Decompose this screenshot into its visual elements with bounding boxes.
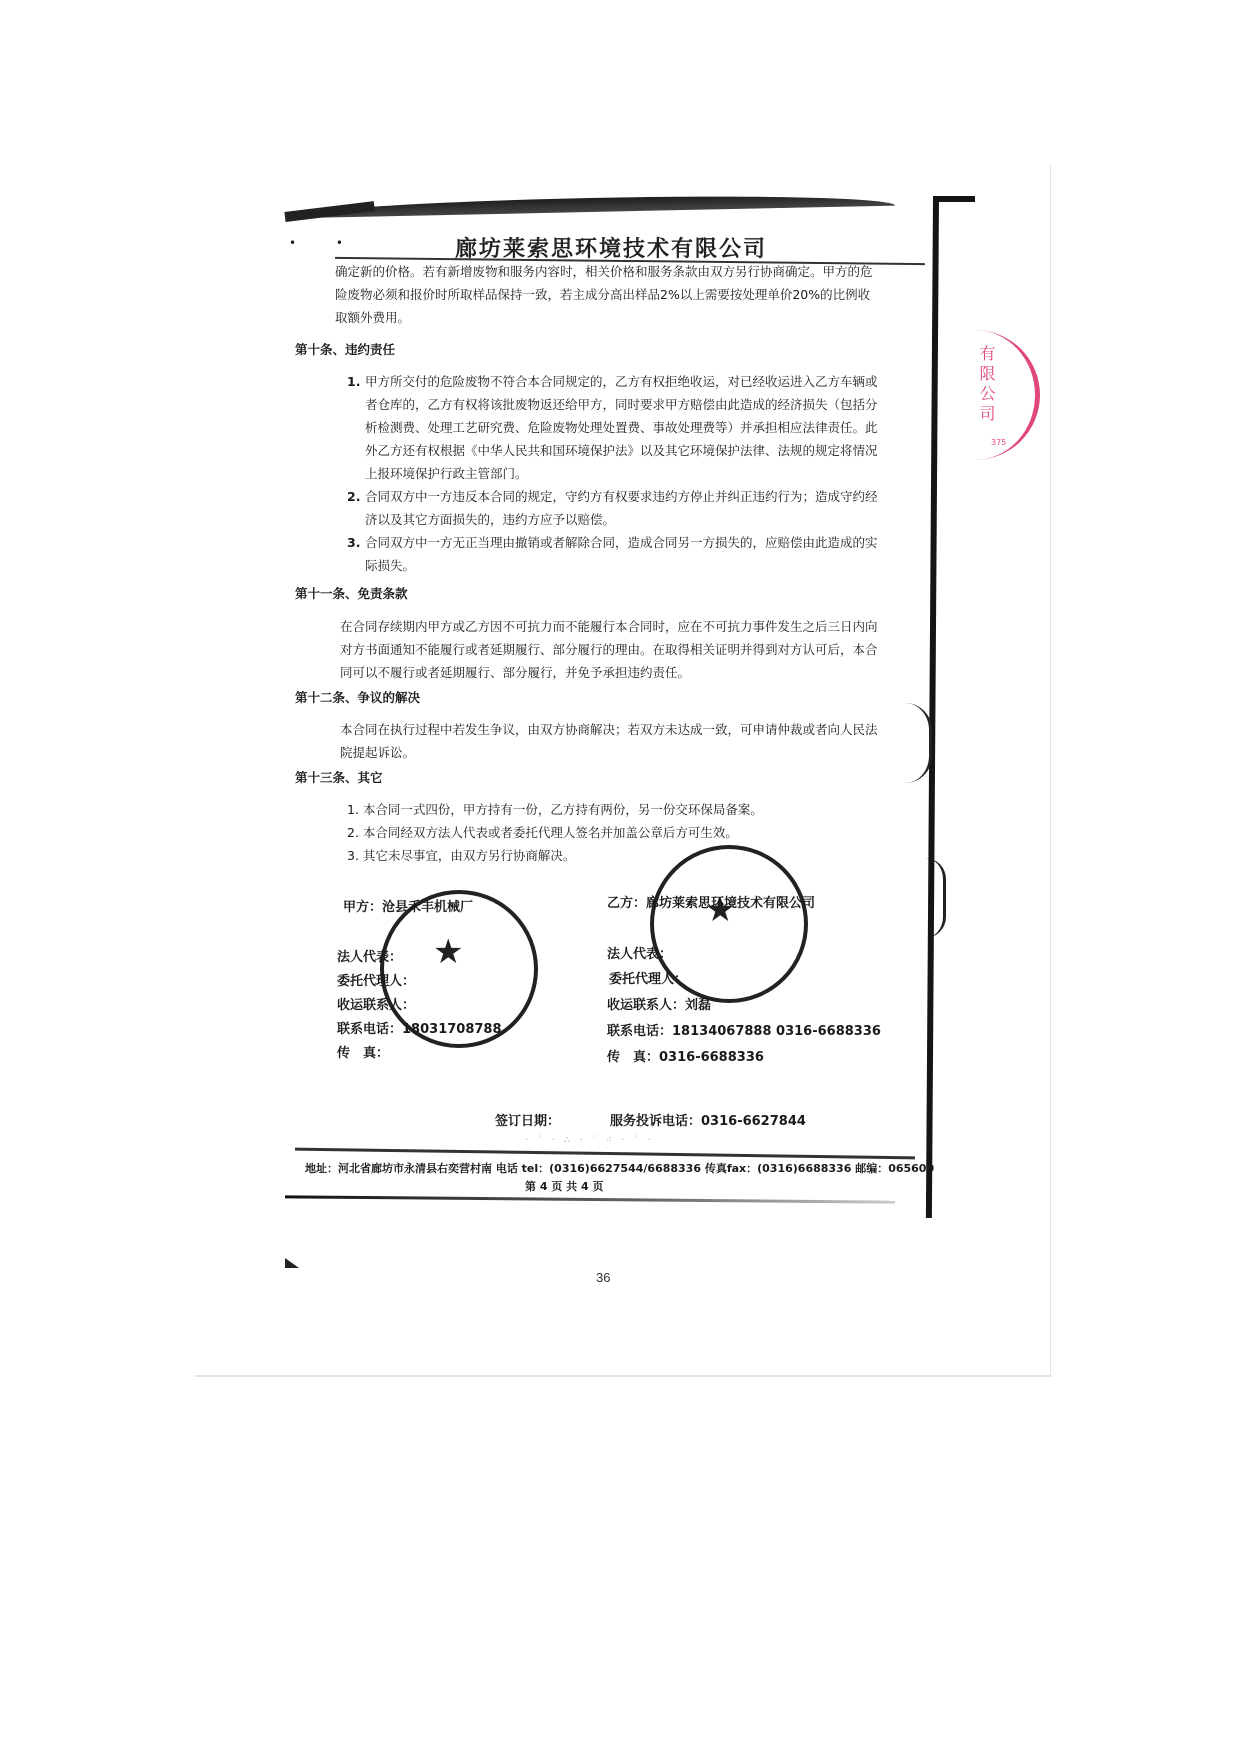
item-line: 甲方所交付的危险废物不符合本合同规定的，乙方有权拒绝收运，对已经收运进入乙方车辆… bbox=[365, 370, 878, 393]
para-line: 本合同在执行过程中若发生争议，由双方协商解决；若双方未达成一致，可申请仲裁或者向… bbox=[340, 718, 878, 741]
party-a-fax: 传 真： bbox=[337, 1042, 389, 1061]
item-number: 1. bbox=[347, 370, 360, 393]
red-seal-number: 375 bbox=[991, 438, 1006, 447]
footer-divider bbox=[285, 1195, 895, 1203]
party-a-contact: 收运联系人： bbox=[337, 994, 415, 1013]
section-title: 第十三条、其它 bbox=[295, 766, 383, 789]
item-line: 际损失。 bbox=[365, 554, 415, 577]
para-line: 对方书面通知不能履行或者延期履行、部分履行的理由。在取得相关证明并得到对方认可后… bbox=[340, 638, 878, 661]
footer-divider bbox=[295, 1148, 915, 1160]
item-line: 2. 本合同经双方法人代表或者委托代理人签名并加盖公章后方可生效。 bbox=[347, 821, 738, 844]
item-line: 者仓库的，乙方有权将该批废物返还给甲方，同时要求甲方赔偿由此造成的经济损失（包括… bbox=[365, 393, 878, 416]
party-a-agent: 委托代理人： bbox=[337, 970, 415, 989]
item-line: 合同双方中一方无正当理由撤销或者解除合同，造成合同另一方损失的，应赔偿由此造成的… bbox=[365, 531, 878, 554]
scanned-contract-page: • • 廊坊莱索思环境技术有限公司 有限公司 375 确定新的价格。若有新增废物… bbox=[285, 190, 975, 1240]
item-line: 1. 本合同一式四份，甲方持有一份，乙方持有两份，另一份交环保局备案。 bbox=[347, 798, 763, 821]
party-b-name-label: 乙方：廊坊莱索思环境技术有限公司 bbox=[607, 892, 815, 911]
section-title: 第十条、违约责任 bbox=[295, 338, 395, 361]
party-a-name-label: 甲方：沧县禾丰机械厂 bbox=[343, 896, 473, 915]
item-line: 上报环境保护行政主管部门。 bbox=[365, 462, 528, 485]
scan-edge-bar bbox=[933, 196, 975, 202]
intro-line: 取额外费用。 bbox=[335, 306, 410, 329]
edge-seal-fragment bbox=[905, 703, 932, 783]
item-number: 3. bbox=[347, 531, 360, 554]
footer-page-of: 第 4 页 共 4 页 bbox=[525, 1178, 603, 1194]
para-line: 同可以不履行或者延期履行、部分履行，并免予承担违约责任。 bbox=[340, 661, 690, 684]
party-b-fax: 传 真：0316-6688336 bbox=[607, 1046, 764, 1065]
party-b-legal-rep: 法人代表： bbox=[607, 943, 672, 962]
footer-address: 地址：河北省廊坊市永清县右奕营村南 电话 tel：(0316)6627544/6… bbox=[305, 1160, 934, 1176]
item-line: 济以及其它方面损失的，违约方应予以赔偿。 bbox=[365, 508, 615, 531]
item-line: 3. 其它未尽事宜，由双方另行协商解决。 bbox=[347, 844, 575, 867]
red-seal-text: 有限公司 bbox=[975, 345, 998, 425]
scan-noise: · ˙ · ∴ · ˙ ⁖ · ˙ · bbox=[525, 1135, 654, 1146]
section-title: 第十一条、免责条款 bbox=[295, 582, 408, 605]
item-line: 析检测费、处理工艺研究费、危险废物处理处置费、事故处理费等）并承担相应法律责任。… bbox=[365, 416, 878, 439]
party-a-phone: 联系电话：18031708788 bbox=[337, 1018, 502, 1037]
edge-seal-fragment bbox=[925, 858, 946, 938]
para-line: 院提起诉讼。 bbox=[340, 741, 415, 764]
intro-line: 确定新的价格。若有新增废物和服务内容时，相关价格和服务条款由双方另行协商确定。甲… bbox=[335, 260, 873, 283]
item-number: 2. bbox=[347, 485, 360, 508]
signing-date-label: 签订日期： bbox=[495, 1110, 560, 1129]
para-line: 在合同存续期内甲方或乙方因不可抗力而不能履行本合同时，应在不可抗力事件发生之后三… bbox=[340, 615, 878, 638]
party-b-agent: 委托代理人： bbox=[609, 968, 687, 987]
party-b-contact: 收运联系人：刘磊 bbox=[607, 994, 711, 1013]
complaint-phone: 服务投诉电话：0316-6627844 bbox=[610, 1110, 806, 1129]
intro-line: 险废物必须和报价时所取样品保持一致，若主成分高出样品2%以上需要按处理单价20%… bbox=[335, 283, 870, 306]
item-line: 合同双方中一方违反本合同的规定，守约方有权要求违约方停止并纠正违约行为；造成守约… bbox=[365, 485, 878, 508]
page-number: 36 bbox=[596, 1270, 610, 1285]
party-b-phone: 联系电话：18134067888 0316-6688336 bbox=[607, 1020, 881, 1039]
scan-dots: • • bbox=[289, 236, 361, 250]
scan-edge-stroke bbox=[285, 192, 895, 219]
section-title: 第十二条、争议的解决 bbox=[295, 686, 420, 709]
item-line: 外乙方还有权根据《中华人民共和国环境保护法》以及其它环境保护法律、法规的规定将情… bbox=[365, 439, 878, 462]
seal-star-icon: ★ bbox=[433, 932, 463, 972]
scan-edge-bar bbox=[926, 198, 939, 1218]
party-a-legal-rep: 法人代表： bbox=[337, 946, 402, 965]
scan-corner-mark bbox=[285, 1258, 299, 1268]
scan-edge-stroke bbox=[284, 201, 375, 222]
